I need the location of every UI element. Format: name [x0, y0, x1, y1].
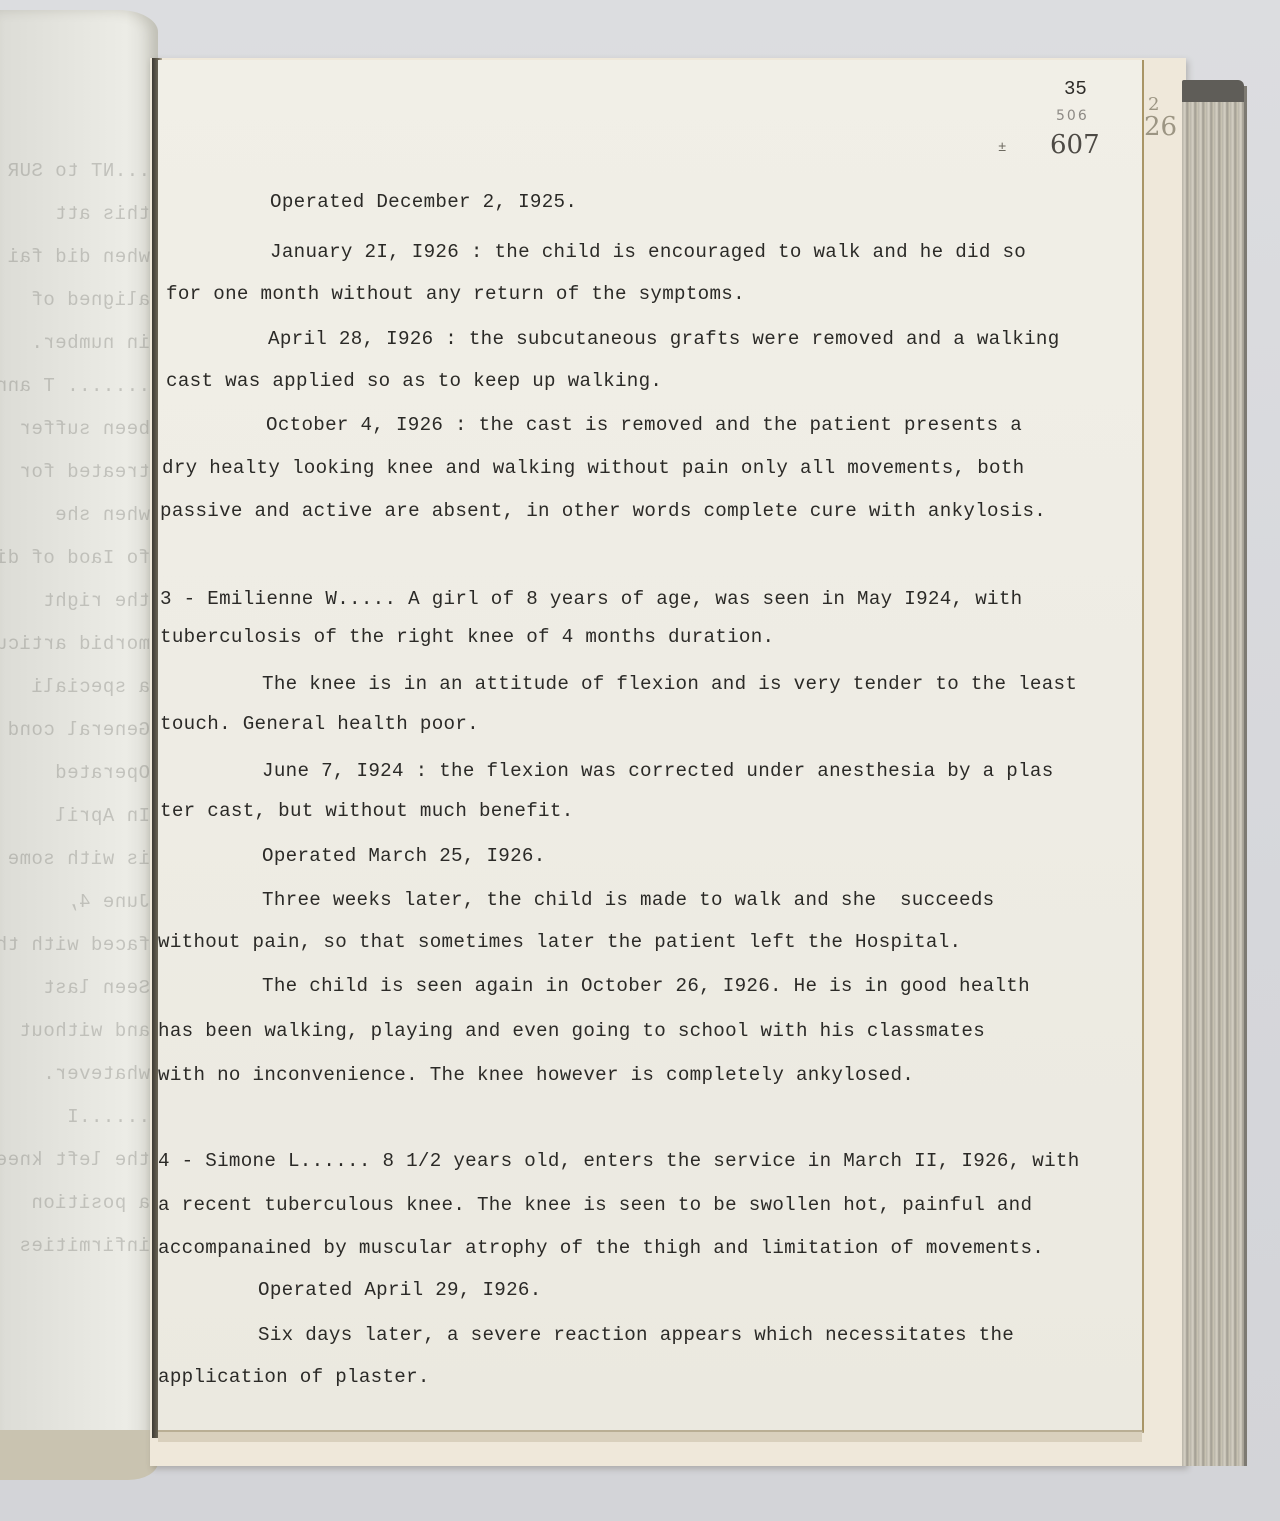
spine-cap	[1182, 80, 1244, 102]
edge-stamp: 2 26	[1144, 96, 1177, 140]
typed-line: accompanained by muscular atrophy of the…	[158, 1239, 1044, 1258]
bleed-through-line: a speciali	[0, 676, 150, 698]
pencil-page-number: 506	[1056, 108, 1089, 124]
bleed-through-line: infirmities	[0, 1235, 150, 1257]
typed-line: 4 - Simone L...... 8 1/2 years old, ente…	[158, 1152, 1080, 1171]
typed-line: ter cast, but without much benefit.	[160, 802, 574, 821]
typed-line: a recent tuberculous knee. The knee is s…	[158, 1196, 1032, 1215]
bleed-through-line: when she	[0, 504, 150, 526]
typed-line: has been walking, playing and even going…	[158, 1022, 985, 1041]
typed-line: touch. General health poor.	[160, 715, 479, 734]
typed-line: cast was applied so as to keep up walkin…	[166, 372, 662, 391]
bleed-through-line: aligned of	[0, 289, 150, 311]
typed-line: Three weeks later, the child is made to …	[262, 891, 995, 910]
bleed-through-line: In April	[0, 805, 150, 827]
left-page-bottom-edge	[0, 1430, 158, 1480]
typed-line: Operated March 25, I926.	[262, 847, 546, 866]
typed-line: with no inconvenience. The knee however …	[158, 1066, 914, 1085]
bleed-through-line: ....... T anna	[0, 375, 150, 397]
bleed-through-line: this att	[0, 203, 150, 225]
typed-line: April 28, I926 : the subcutaneous grafts…	[268, 330, 1060, 349]
typed-line: tuberculosis of the right knee of 4 mont…	[160, 628, 774, 647]
bleed-through-line: is with some	[0, 848, 150, 870]
bleed-through-line: the left knee	[0, 1149, 150, 1171]
left-facing-page: ...NT to SURthis attwhen did faialigned …	[0, 10, 158, 1480]
typed-line: application of plaster.	[158, 1368, 430, 1387]
bleed-through-line: ...NT to SUR	[0, 160, 150, 182]
bleed-through-line: morbid articu	[0, 633, 150, 655]
typed-line: passive and active are absent, in other …	[160, 502, 1046, 521]
bleed-through-line: Operated	[0, 762, 150, 784]
typed-line: The knee is in an attitude of flexion an…	[262, 675, 1077, 694]
typed-line: The child is seen again in October 26, I…	[262, 977, 1030, 996]
typed-line: dry healty looking knee and walking with…	[162, 459, 1024, 478]
typed-page: 35 506 ± 607 Operated December 2, I925.J…	[158, 60, 1144, 1433]
typed-line: June 7, I924 : the flexion was corrected…	[262, 762, 1054, 781]
typed-line: 3 - Emilienne W..... A girl of 8 years o…	[160, 590, 1022, 609]
typed-page-number: 35	[1064, 78, 1087, 100]
typed-line: January 2I, I926 : the child is encourag…	[270, 243, 1026, 262]
typed-line: for one month without any return of the …	[166, 285, 745, 304]
bleed-through-line: the right	[0, 590, 150, 612]
bleed-through-line: June 4,	[0, 891, 150, 913]
typed-line: without pain, so that sometimes later th…	[158, 933, 961, 952]
typed-line: Six days later, a severe reaction appear…	[258, 1326, 1014, 1345]
typed-line: October 4, I926 : the cast is removed an…	[266, 416, 1022, 435]
bleed-through-line: ......I	[0, 1106, 150, 1128]
page-stack-edge: 2 26	[1182, 86, 1247, 1466]
bleed-through-line: whatever.	[0, 1063, 150, 1085]
bleed-through-line: fo Iaod of dia	[0, 547, 150, 569]
bleed-through-line: when did fai	[0, 246, 150, 268]
bleed-through-line: treated for	[0, 461, 150, 483]
bleed-through-line: in number.	[0, 332, 150, 354]
typed-line: Operated April 29, I926.	[258, 1281, 542, 1300]
bleed-through-line: Seen last	[0, 977, 150, 999]
bleed-through-line: a position	[0, 1192, 150, 1214]
stamped-page-number: 607	[1050, 130, 1100, 160]
margin-mark: ±	[998, 140, 1006, 156]
typed-line: Operated December 2, I925.	[270, 193, 577, 212]
bleed-through-line: and without	[0, 1020, 150, 1042]
bleed-through-line: General cond	[0, 719, 150, 741]
bleed-through-line: been suffer	[0, 418, 150, 440]
bleed-through-line: faced with the	[0, 934, 150, 956]
